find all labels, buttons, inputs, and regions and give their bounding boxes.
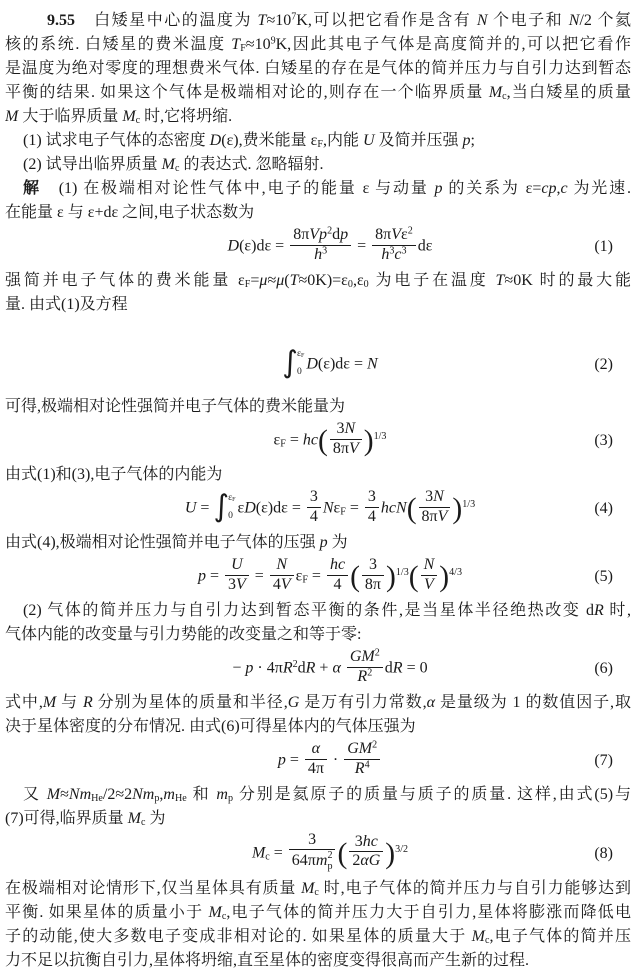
text-line: 气体内能的改变量与引力势能的改变量之和等于零: <box>5 623 631 647</box>
text-line: (2) 试导出临界质量 Mc 的表达式. 忽略辐射. <box>5 153 631 177</box>
equation-number: (8) <box>594 845 613 863</box>
equation-body: Mc = 364πm2p(3hc2αG)3/2 <box>252 833 408 875</box>
equation-line: εF = hc(3N8πV)1/3(3) <box>5 419 631 463</box>
text-line: 平衡的结果. 如果这个气体是极端相对论的,则存在一个临界质量 Mc,当白矮星的质… <box>5 81 631 105</box>
text-line: 在能量 ε 与 ε+dε 之间,电子状态数为 <box>5 201 631 225</box>
equation-line: ∫εF0D(ε)dε = N(2) <box>5 343 631 387</box>
equation-body: p = α4π · GM2R4 <box>278 742 382 780</box>
equation-line: − p · 4πR2dR + α GM2R2dR = 0(6) <box>5 647 631 691</box>
equation-line: D(ε)dε = 8πVp2dph3 = 8πVε2h3c3dε(1) <box>5 225 631 269</box>
text-line: 由式(4),极端相对论性强简并电子气体的压强 p 为 <box>5 531 631 555</box>
text-line: 决于星体密度的分布情况. 由式(6)可得星体内的气体压强为 <box>5 715 631 739</box>
equation-body: − p · 4πR2dR + α GM2R2dR = 0 <box>232 650 427 688</box>
equation-number: (7) <box>594 752 613 770</box>
text-line: 量. 由式(1)及方程 <box>5 293 631 317</box>
integral-icon: ∫ <box>213 494 229 520</box>
text-line: 是温度为绝对零度的理想费米气体. 白矮星的存在是气体的简并压力与自引力达到暂态 <box>5 57 631 81</box>
equation-body: U = ∫εF0εD(ε)dε = 34NεF = 34hcN(3N8πV)1/… <box>185 490 475 528</box>
equation-number: (6) <box>594 660 613 678</box>
text-line: M 大于临界质量 Mc 时,它将坍缩. <box>5 105 631 129</box>
equation-line: p = α4π · GM2R4(7) <box>5 739 631 783</box>
equation-number: (1) <box>594 238 613 256</box>
text-line: 式中,M 与 R 分别为星体的质量和半径,G 是万有引力常数,α 是量级为 1 … <box>5 691 631 715</box>
text-line: 核的系统. 白矮星的费米温度 TF≈109K,因此其电子气体是高度简并的,可以把… <box>5 33 631 57</box>
equation-body: εF = hc(3N8πV)1/3 <box>274 422 387 460</box>
textbook-page: 9.55 白矮星中心的温度为 T≈107K,可以把它看作是含有 N 个电子和 N… <box>0 0 640 977</box>
equation-body: ∫εF0D(ε)dε = N <box>282 349 377 381</box>
equation-number: (2) <box>594 356 613 374</box>
equation-body: p = U3V = N4VεF = hc4(38π)1/3(NV)4/3 <box>198 558 462 596</box>
text-line: 强简并电子气体的费米能量 εF=μ≈μ(T≈0K)=ε0,ε0 为电子在温度 T… <box>5 269 631 293</box>
equation-number: (4) <box>594 500 613 518</box>
text-line: 在极端相对论情形下,仅当星体具有质量 Mc 时,电子气体的简并压力与自引力能够达… <box>5 877 631 901</box>
text-line: 解 (1) 在极端相对论性气体中,电子的能量 ε 与动量 p 的关系为 ε=cp… <box>5 177 631 201</box>
integral-icon: ∫ <box>282 350 298 376</box>
equation-line: Mc = 364πm2p(3hc2αG)3/2(8) <box>5 831 631 877</box>
equation-line: p = U3V = N4VεF = hc4(38π)1/3(NV)4/3(5) <box>5 555 631 599</box>
equation-body: D(ε)dε = 8πVp2dph3 = 8πVε2h3c3dε <box>228 228 433 266</box>
document-body: 9.55 白矮星中心的温度为 T≈107K,可以把它看作是含有 N 个电子和 N… <box>5 9 631 973</box>
text-line: (2) 气体的简并压力与自引力达到暂态平衡的条件,是当星体半径绝热改变 dR 时… <box>5 599 631 623</box>
text-line: 子的动能,使大多数电子变成非相对论的. 如果星体的质量大于 Mc,电子气体的简并… <box>5 925 631 949</box>
text-line: (1) 试求电子气体的态密度 D(ε),费米能量 εF,内能 U 及简并压强 p… <box>5 129 631 153</box>
text-line: 平衡. 如果星体的质量小于 Mc,电子气体的简并压力大于自引力,星体将膨涨而降低… <box>5 901 631 925</box>
equation-line: U = ∫εF0εD(ε)dε = 34NεF = 34hcN(3N8πV)1/… <box>5 487 631 531</box>
text-line: 又 M≈NmHe/2≈2Nmp,mHe 和 mp 分别是氦原子的质量与质子的质量… <box>5 783 631 807</box>
equation-number: (5) <box>594 568 613 586</box>
text-line: (7)可得,临界质量 Mc 为 <box>5 807 631 831</box>
text-line: 力不足以抗衡自引力,星体将坍缩,直至星体的密度变得很高而产生新的过程. <box>5 949 631 973</box>
text-line: 由式(1)和(3),电子气体的内能为 <box>5 463 631 487</box>
equation-number: (3) <box>594 432 613 450</box>
text-line: 可得,极端相对论性强简并电子气体的费米能量为 <box>5 395 631 419</box>
text-line: 9.55 白矮星中心的温度为 T≈107K,可以把它看作是含有 N 个电子和 N… <box>5 9 631 33</box>
